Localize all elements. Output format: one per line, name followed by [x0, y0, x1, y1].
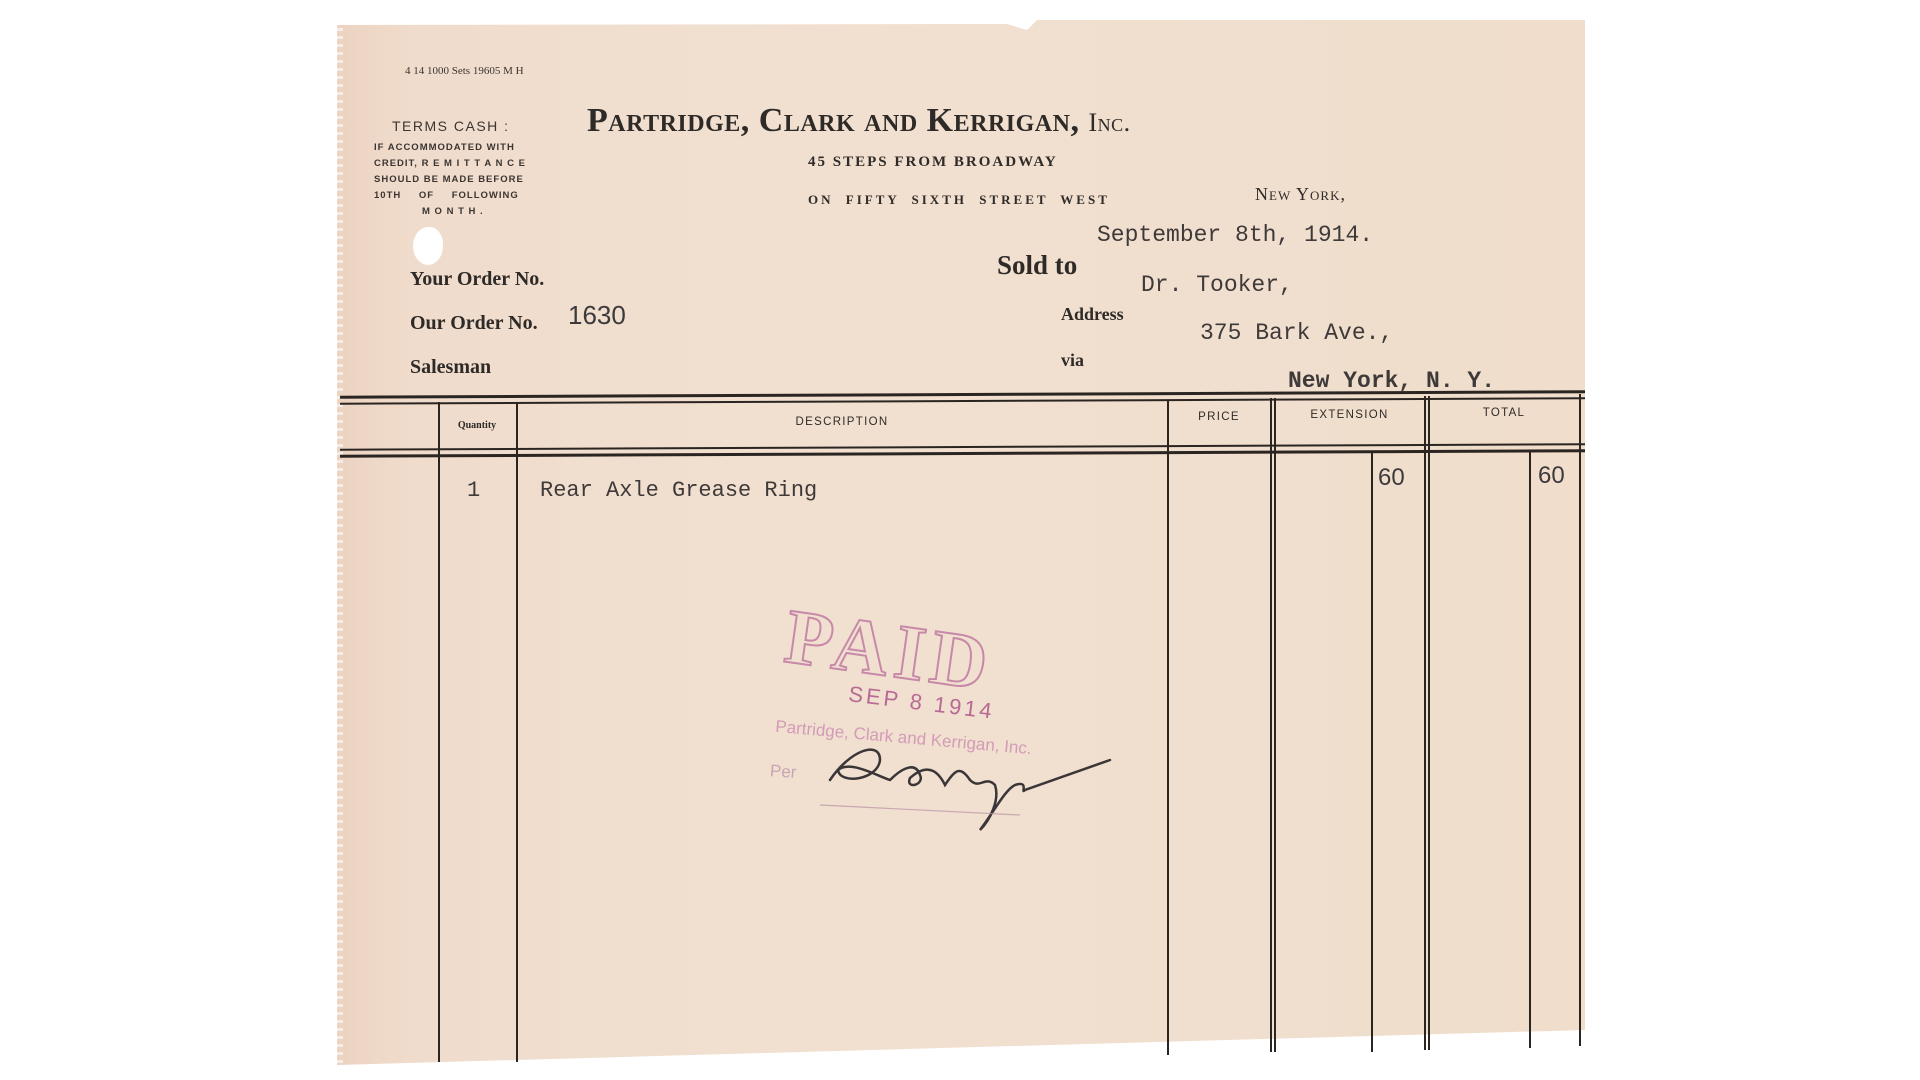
header-total: TOTAL [1429, 407, 1579, 419]
terms-line: M O N T H . [422, 206, 484, 217]
perforated-edge [337, 20, 343, 1065]
via-label: via [1061, 350, 1084, 371]
customer-name: Dr. Tooker, [1141, 272, 1293, 298]
terms-line: 10TH OF FOLLOWING [374, 190, 519, 201]
punch-hole [413, 227, 443, 265]
row-quantity: 1 [467, 478, 480, 503]
company-address-line2: ON FIFTY SIXTH STREET WEST [808, 192, 1110, 208]
company-name-text: Partridge, Clark and Kerrigan, [587, 102, 1079, 139]
salesman-label: Salesman [410, 356, 491, 379]
invoice-paper [337, 20, 1585, 1065]
header-price: PRICE [1168, 411, 1270, 423]
our-order-number: 1630 [568, 300, 626, 331]
terms-title: TERMS CASH : [392, 118, 510, 134]
header-extension: EXTENSION [1275, 409, 1424, 421]
header-quantity: Quantity [438, 420, 516, 431]
cents-rule [1371, 452, 1373, 1052]
your-order-label: Your Order No. [410, 268, 544, 291]
terms-line: IF ACCOMMODATED WITH [374, 142, 515, 153]
col-rule [1428, 396, 1430, 1050]
signature-icon [820, 730, 1120, 850]
print-code: 4 14 1000 Sets 19605 M H [405, 65, 524, 77]
col-rule [516, 402, 518, 1062]
row-extension: 60 [1378, 464, 1405, 492]
col-rule [438, 402, 440, 1062]
address-label: Address [1061, 304, 1124, 325]
company-city: New York, [1255, 184, 1346, 205]
invoice-date: September 8th, 1914. [1097, 222, 1373, 248]
col-rule [1424, 396, 1426, 1050]
col-rule [1579, 394, 1581, 1046]
company-suffix: Inc. [1088, 108, 1130, 137]
col-rule [1167, 400, 1169, 1055]
cents-rule [1529, 450, 1531, 1048]
customer-street: 375 Bark Ave., [1200, 320, 1393, 346]
company-name: Partridge, Clark and Kerrigan, Inc. [587, 102, 1131, 140]
terms-line: SHOULD BE MADE BEFORE [374, 174, 524, 185]
sold-to-label: Sold to [997, 250, 1077, 281]
header-description: DESCRIPTION [517, 416, 1167, 428]
our-order-label: Our Order No. [410, 312, 538, 335]
col-rule [1270, 398, 1272, 1052]
row-description: Rear Axle Grease Ring [540, 478, 817, 503]
terms-line: CREDIT, R E M I T T A N C E [374, 158, 526, 169]
paid-stamp-per: Per [769, 761, 797, 783]
company-address-line1: 45 STEPS FROM BROADWAY [808, 154, 1058, 171]
row-total: 60 [1538, 462, 1565, 490]
col-rule [1274, 398, 1276, 1052]
